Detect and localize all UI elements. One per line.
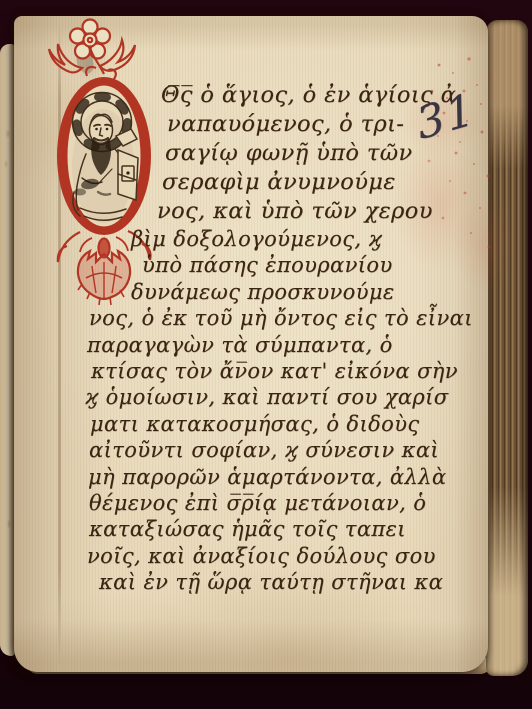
text-line: καταξιώσας ἡμᾶς τοῖς ταπει — [89, 516, 485, 542]
text-line: μὴ παρορῶν ἁμαρτάνοντα, ἀλλὰ — [88, 464, 485, 490]
text-line: σεραφὶμ ἀνυμνούμε — [162, 168, 485, 197]
greek-text-block: Θ̅ς̅ ὁ ἅγιος, ὁ ἐν ἁγίοις ἀ ναπαυόμενος,… — [85, 81, 485, 596]
text-line: καὶ ἐν τῇ ὥρᾳ ταύτῃ στῆναι κα — [99, 569, 485, 595]
red-speckles — [0, 0, 2, 2]
text-line: αἰτοῦντι σοφίαν, ϗ σύνεσιν καὶ — [89, 437, 485, 463]
text-line: νοῖς, καὶ ἀναξίοις δούλους σου — [87, 543, 485, 569]
text-line: βὶμ δοξολογούμενος, ϗ — [131, 226, 485, 252]
text-line: παραγαγὼν τὰ σύμπαντα, ὁ — [87, 332, 485, 358]
text-line: ὑπὸ πάσης ἐπουρανίου — [142, 252, 485, 278]
text-line: ϗ ὁμοίωσιν, καὶ παντί σου χαρίσ — [85, 384, 485, 410]
facing-page-edge — [0, 44, 15, 656]
text-line: κτίσας τὸν ἄν̅ον κατ' εἰκόνα σὴν — [91, 358, 485, 384]
book-fore-edge — [486, 20, 528, 676]
text-line: ματι κατακοσμήσας, ὁ διδοὺς — [90, 411, 485, 437]
manuscript-photo: Θ̅ς̅ ὁ ἅγιος, ὁ ἐν ἁγίοις ἀ ναπαυόμενος,… — [0, 0, 532, 709]
text-line: θέμενος ἐπὶ σ̅ρ̅ίᾳ μετάνοιαν, ὁ — [89, 490, 485, 516]
text-line: νος, καὶ ὑπὸ τῶν χερου — [157, 197, 485, 226]
text-line: δυνάμεως προσκυνούμε — [131, 279, 485, 305]
text-line: νος, ὁ ἐκ τοῦ μὴ ὄντος εἰς τὸ εἶναι — [89, 305, 485, 331]
